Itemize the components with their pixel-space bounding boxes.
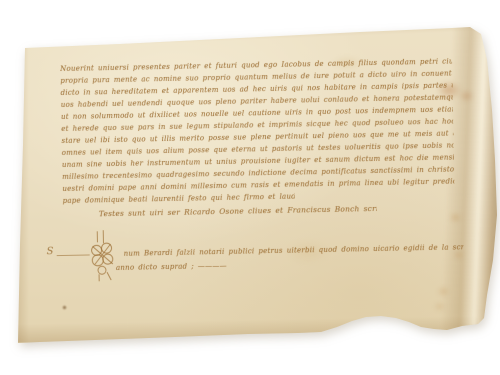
notarial-knot-icon <box>86 230 121 283</box>
signum-flourish-dash <box>57 254 90 256</box>
photo-of-manuscript: Nouerint uniuersi presentes pariter et f… <box>0 0 500 375</box>
parchment-left-edge-shading <box>15 42 29 342</box>
ink-stain <box>434 302 445 311</box>
parchment-shadow: Nouerint uniuersi presentes pariter et f… <box>0 0 500 375</box>
notary-subscription-line: num Berardi falzii notarii publici petru… <box>124 241 464 260</box>
handwritten-text-block: Nouerint uniuersi presentes pariter et f… <box>60 55 485 303</box>
testes-witness-line: Testes sunt uiri ser Ricardo Osone cliue… <box>99 203 377 220</box>
parchment-bottom-edge-shading <box>8 316 478 348</box>
notary-date-line: anno dicto suprad ; ———— <box>116 259 286 274</box>
parchment-top-edge-shading <box>18 15 478 49</box>
ink-speck <box>62 305 67 310</box>
signum-initial: S <box>47 246 54 258</box>
parchment-sheet: Nouerint uniuersi presentes pariter et f… <box>0 0 500 375</box>
